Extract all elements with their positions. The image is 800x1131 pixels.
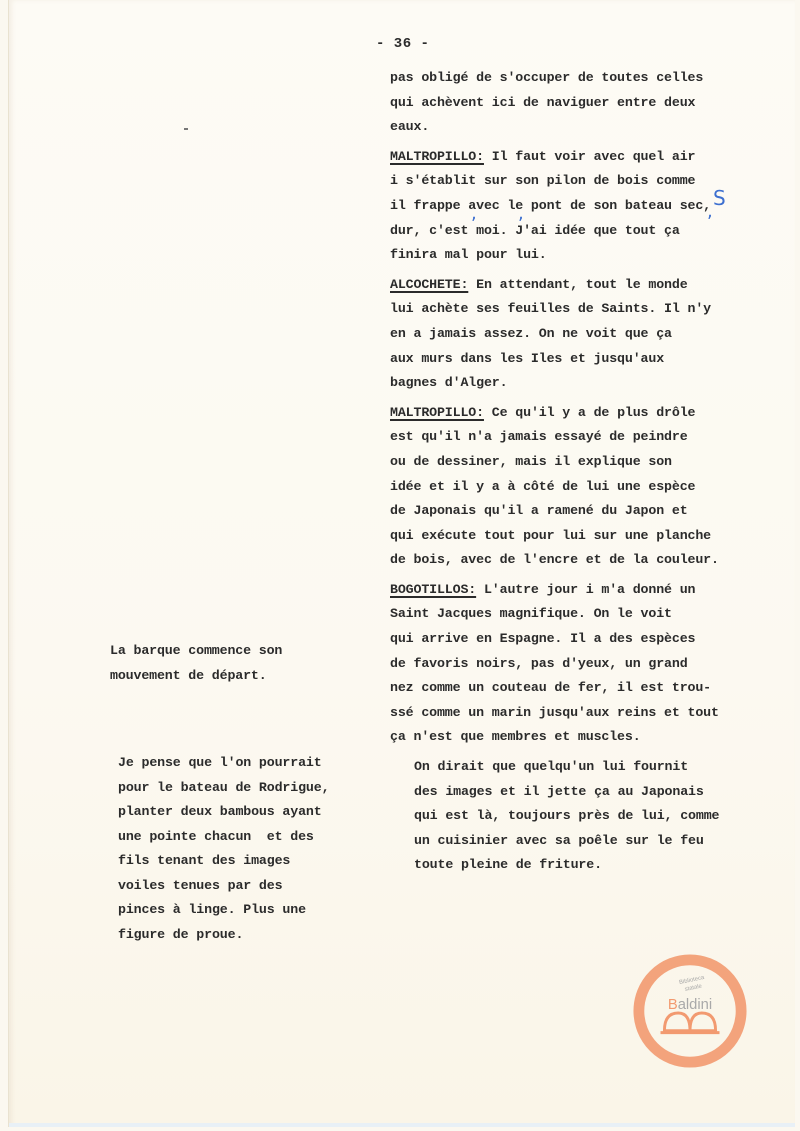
director-note: Je pense que l'on pourraitpour le bateau… bbox=[110, 751, 370, 947]
text-line: Saint Jacques magnifique. On le voit bbox=[390, 602, 790, 627]
text-line: ça n'est que membres et muscles. bbox=[390, 725, 790, 750]
svg-text:Biblioteca: Biblioteca bbox=[679, 975, 706, 986]
text-line: finira mal pour lui. bbox=[390, 243, 790, 268]
text-line: BOGOTILLOS: L'autre jour i m'a donné un bbox=[390, 578, 790, 603]
text-paragraph: On dirait que quelqu'un lui fournitdes i… bbox=[390, 755, 790, 878]
text-line: pas obligé de s'occuper de toutes celles bbox=[390, 66, 790, 91]
text-line: Je pense que l'on pourrait bbox=[118, 751, 370, 776]
speaker-name: ALCOCHETE: bbox=[390, 277, 468, 292]
text-line: MALTROPILLO: Il faut voir avec quel air bbox=[390, 145, 790, 170]
text-line: en a jamais assez. On ne voit que ça bbox=[390, 322, 790, 347]
handwritten-comma: , bbox=[707, 201, 713, 222]
text-line: des images et il jette ça au Japonais bbox=[414, 780, 790, 805]
dialogue-paragraph: MALTROPILLO: Il faut voir avec quel airi… bbox=[390, 145, 790, 268]
text-line: qui arrive en Espagne. Il a des espèces bbox=[390, 627, 790, 652]
text-line: de bois, avec de l'encre et de la couleu… bbox=[390, 548, 790, 573]
text-line: de favoris noirs, pas d'yeux, un grand bbox=[390, 652, 790, 677]
handwritten-comma: , bbox=[471, 203, 477, 224]
text-line: fils tenant des images bbox=[118, 849, 370, 874]
speaker-name: BOGOTILLOS: bbox=[390, 582, 476, 597]
text-line: La barque commence son bbox=[110, 639, 370, 664]
text-line: MALTROPILLO: Ce qu'il y a de plus drôle bbox=[390, 401, 790, 426]
speaker-name: MALTROPILLO: bbox=[390, 405, 484, 420]
text-line: idée et il y a à côté de lui une espèce bbox=[390, 475, 790, 500]
baldini-logo-icon: Biblioteca statale Baldini bbox=[631, 952, 749, 1070]
text-paragraph: pas obligé de s'occuper de toutes celles… bbox=[390, 66, 790, 140]
svg-text:statale: statale bbox=[684, 983, 703, 993]
text-line: figure de proue. bbox=[118, 923, 370, 948]
text-line: ALCOCHETE: En attendant, tout le monde bbox=[390, 273, 790, 298]
dialogue-paragraph: MALTROPILLO: Ce qu'il y a de plus drôlee… bbox=[390, 401, 790, 573]
text-line: il frappe avec le pont de son bateau sec… bbox=[390, 194, 790, 219]
library-stamp: Biblioteca statale Baldini bbox=[631, 952, 749, 1070]
handwritten-s-correction: S bbox=[713, 186, 726, 210]
text-line: est qu'il n'a jamais essayé de peindre bbox=[390, 425, 790, 450]
text-line: qui achèvent ici de naviguer entre deux bbox=[390, 91, 790, 116]
text-line: une pointe chacun et des bbox=[118, 825, 370, 850]
stray-mark bbox=[184, 128, 188, 130]
text-line: qui exécute tout pour lui sur une planch… bbox=[390, 524, 790, 549]
text-line: pour le bateau de Rodrigue, bbox=[118, 776, 370, 801]
text-line: ou de dessiner, mais il explique son bbox=[390, 450, 790, 475]
handwritten-comma: , bbox=[518, 203, 524, 224]
text-line: eaux. bbox=[390, 115, 790, 140]
text-line: un cuisinier avec sa poêle sur le feu bbox=[414, 829, 790, 854]
text-line: nez comme un couteau de fer, il est trou… bbox=[390, 676, 790, 701]
text-line: bagnes d'Alger. bbox=[390, 371, 790, 396]
text-line: pinces à linge. Plus une bbox=[118, 898, 370, 923]
text-line: planter deux bambous ayant bbox=[118, 800, 370, 825]
text-line: mouvement de départ. bbox=[110, 664, 370, 689]
text-line: de Japonais qu'il a ramené du Japon et bbox=[390, 499, 790, 524]
text-line: lui achète ses feuilles de Saints. Il n'… bbox=[390, 297, 790, 322]
text-line: voiles tenues par des bbox=[118, 874, 370, 899]
text-line: On dirait que quelqu'un lui fournit bbox=[414, 755, 790, 780]
manuscript-page: - 36 - pas obligé de s'occuper de toutes… bbox=[8, 0, 795, 1127]
text-line: dur, c'est moi. J'ai idée que tout ça bbox=[390, 219, 790, 244]
dialogue-paragraph: BOGOTILLOS: L'autre jour i m'a donné unS… bbox=[390, 578, 790, 750]
margin-notes: La barque commence sonmouvement de dépar… bbox=[110, 590, 370, 996]
dialogue-column: pas obligé de s'occuper de toutes celles… bbox=[390, 66, 790, 878]
text-line: qui est là, toujours près de lui, comme bbox=[414, 804, 790, 829]
text-line: aux murs dans les Iles et jusqu'aux bbox=[390, 347, 790, 372]
text-line: i s'établit sur son pilon de bois comme bbox=[390, 169, 790, 194]
text-line: ssé comme un marin jusqu'aux reins et to… bbox=[390, 701, 790, 726]
dialogue-paragraph: ALCOCHETE: En attendant, tout le mondelu… bbox=[390, 273, 790, 396]
page-number: - 36 - bbox=[376, 36, 429, 52]
stage-direction: La barque commence sonmouvement de dépar… bbox=[110, 639, 370, 688]
text-line: toute pleine de friture. bbox=[414, 853, 790, 878]
svg-text:Baldini: Baldini bbox=[668, 997, 712, 1013]
page-edge bbox=[9, 1123, 795, 1127]
speaker-name: MALTROPILLO: bbox=[390, 149, 484, 164]
